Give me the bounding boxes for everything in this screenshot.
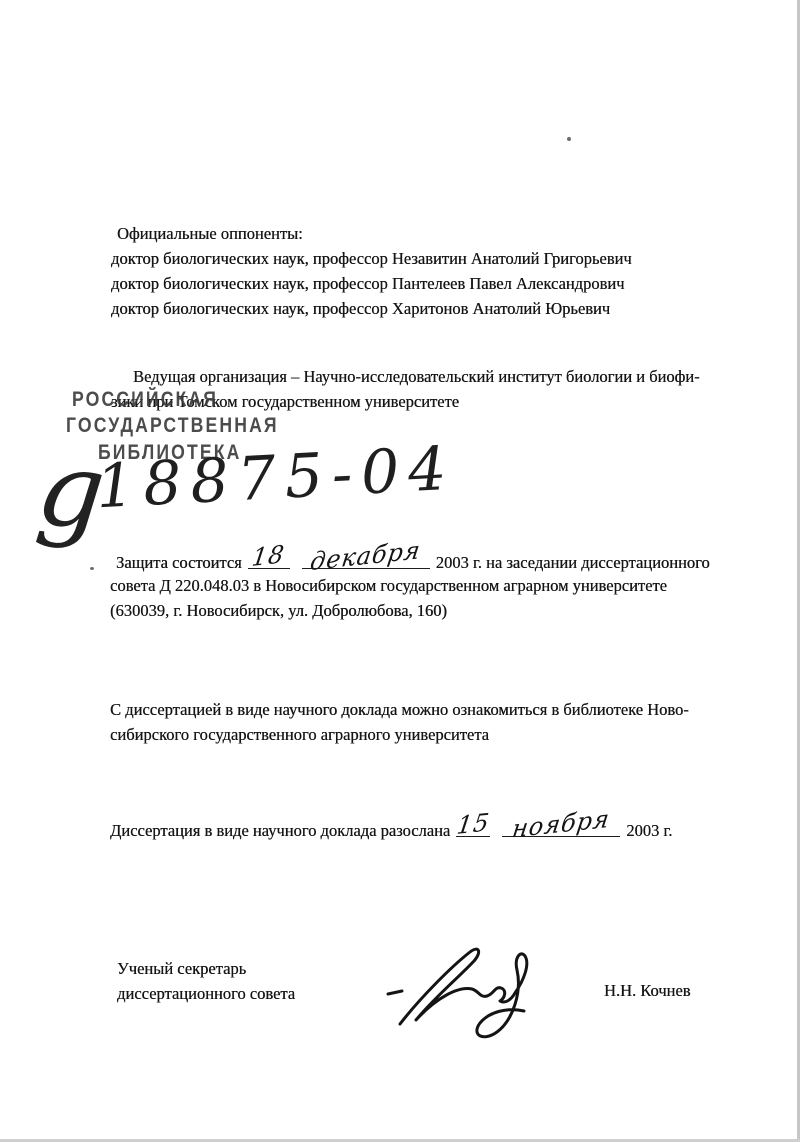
- leading-org-line1: Ведущая организация – Научно-исследовате…: [133, 364, 700, 389]
- defense-text-after: 2003 г. на заседании диссертационного: [436, 550, 710, 575]
- opponent-line: доктор биологических наук, профессор Пан…: [111, 271, 624, 296]
- handwritten-month: декабря: [309, 538, 423, 575]
- defense-day-blank: 18: [248, 548, 290, 569]
- signature-ink: [348, 922, 588, 1047]
- handwritten-accession-number: 18875-04: [95, 439, 457, 518]
- signoff-role-line2: диссертационного совета: [117, 981, 295, 1006]
- scan-speck: [567, 137, 571, 141]
- signoff-name: Н.Н. Кочнев: [604, 978, 690, 1003]
- library-access-line2: сибирского государственного аграрного ун…: [110, 722, 489, 747]
- opponent-line: доктор биологических наук, профессор Нез…: [111, 246, 632, 271]
- handwritten-day: 18: [251, 542, 287, 571]
- signoff-role-line1: Ученый секретарь: [117, 956, 246, 981]
- signature-dash: [388, 991, 402, 994]
- mailed-text-before: Диссертация в виде научного доклада разо…: [110, 818, 450, 843]
- library-stamp-line1: РОССИЙСКАЯ: [72, 388, 218, 412]
- defense-text-before: Защита состоится: [116, 550, 242, 575]
- scan-speck: [90, 567, 94, 570]
- opponents-heading: Официальные оппоненты:: [117, 221, 303, 246]
- mailed-text-after: 2003 г.: [626, 818, 672, 843]
- mailed-month-blank: ноября: [502, 816, 620, 837]
- defense-month-blank: декабря: [302, 548, 430, 569]
- mailed-line: Диссертация в виде научного доклада разо…: [110, 816, 672, 843]
- handwritten-month: ноября: [511, 807, 612, 843]
- opponent-line: доктор биологических наук, профессор Хар…: [111, 296, 610, 321]
- scanned-document-page: Официальные оппоненты: доктор биологичес…: [0, 0, 800, 1142]
- defense-line2: совета Д 220.048.03 в Новосибирском госу…: [110, 573, 667, 598]
- handwritten-day: 15: [455, 810, 491, 839]
- defense-line1: Защита состоится 18 декабря 2003 г. на з…: [116, 548, 710, 575]
- defense-line3: (630039, г. Новосибирск, ул. Добролюбова…: [110, 598, 447, 623]
- library-access-line1: С диссертацией в виде научного доклада м…: [110, 697, 689, 722]
- mailed-day-blank: 15: [456, 816, 490, 837]
